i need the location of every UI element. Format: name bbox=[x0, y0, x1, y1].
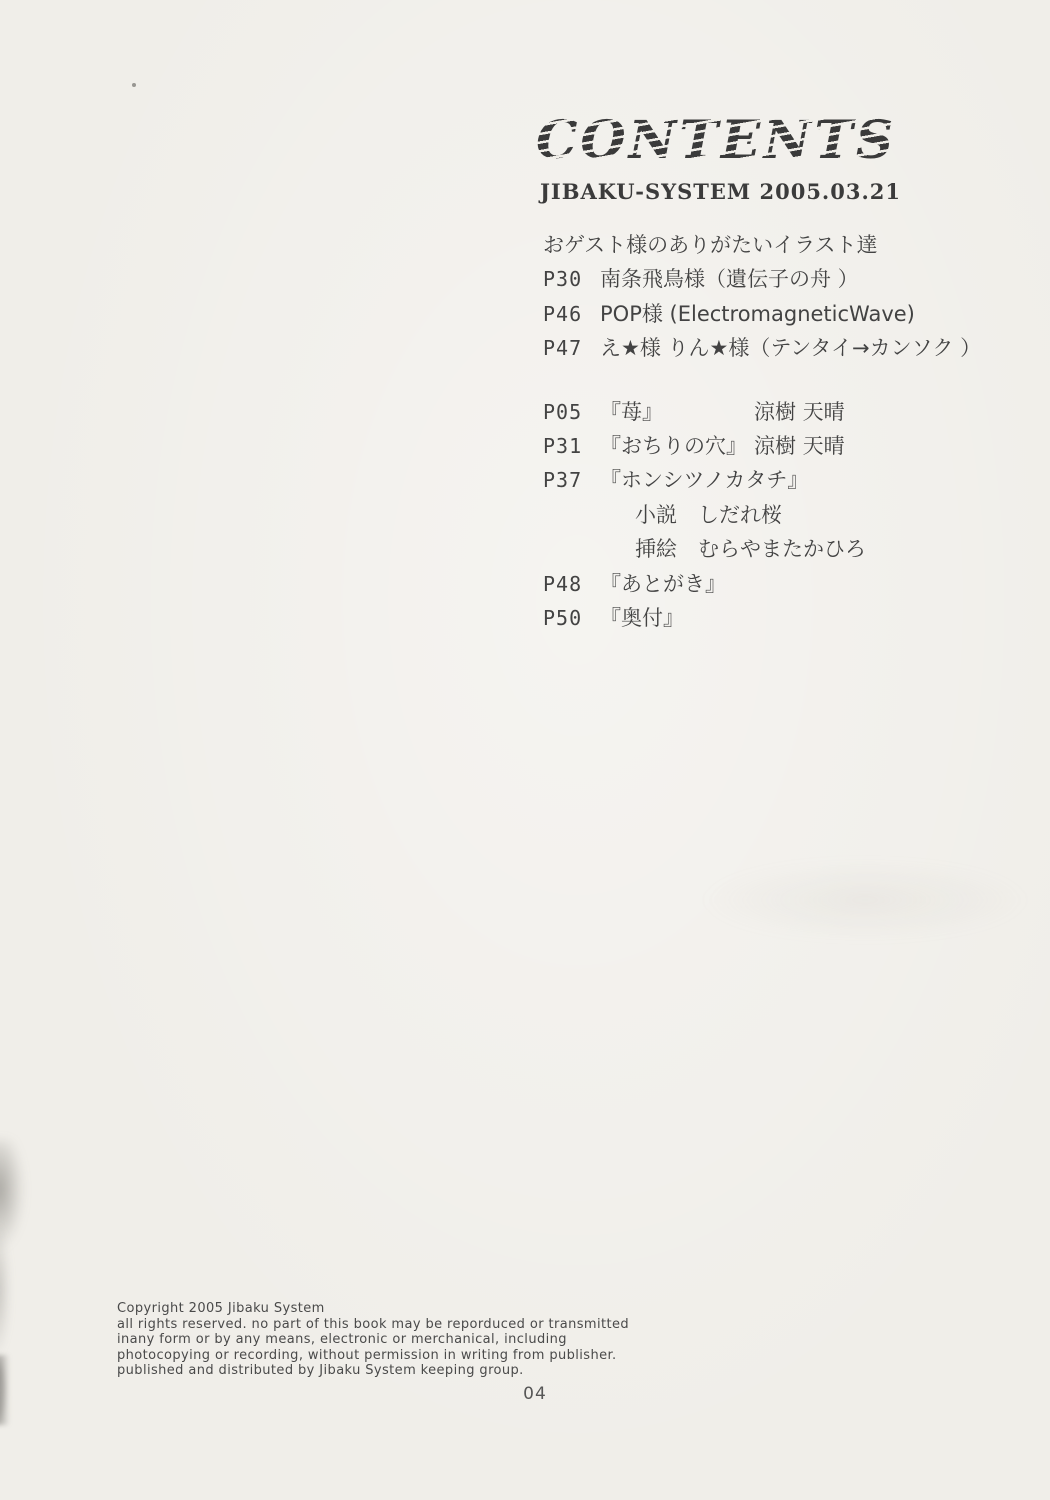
copyright-line: inany form or by any means, electronic o… bbox=[117, 1332, 629, 1348]
copyright-line: photocopying or recording, without permi… bbox=[117, 1348, 629, 1364]
credit-line: 挿絵 むらやまたかひろ bbox=[635, 532, 866, 566]
guest-credit: POP様 (ElectromagneticWave) bbox=[600, 297, 915, 331]
work-author: 涼樹 天晴 bbox=[750, 429, 845, 463]
page-title: CONTENTS bbox=[536, 110, 896, 172]
work-title: 『あとがき』 bbox=[600, 567, 750, 601]
scanned-page: CONTENTS JIBAKU-SYSTEM 2005.03.21 おゲスト様の… bbox=[0, 0, 1050, 1500]
toc-sub-row: 挿絵 むらやまたかひろ bbox=[543, 532, 983, 566]
guest-credit: え★様 りん★様（テンタイ→カンソク ） bbox=[600, 331, 981, 365]
bleed-through-ghost bbox=[700, 860, 1030, 940]
page-ref: P46 bbox=[543, 297, 600, 331]
scan-smudge bbox=[0, 1225, 10, 1355]
page-ref: P48 bbox=[543, 567, 600, 601]
page-ref: P50 bbox=[543, 601, 600, 635]
page-ref: P47 bbox=[543, 331, 600, 365]
scan-smudge bbox=[0, 1355, 10, 1425]
page-ref: P30 bbox=[543, 262, 600, 296]
circle-name-date: JIBAKU-SYSTEM 2005.03.21 bbox=[540, 179, 901, 205]
work-title: 『ホンシツノカタチ』 bbox=[600, 463, 808, 497]
table-of-contents: おゲスト様のありがたいイラスト達 P30 南条飛鳥様（遺伝子の舟 ） P46 P… bbox=[543, 228, 983, 635]
toc-guest-row: P30 南条飛鳥様（遺伝子の舟 ） bbox=[543, 262, 983, 296]
work-title: 『苺』 bbox=[600, 395, 750, 429]
work-title: 『おちりの穴』 bbox=[600, 429, 750, 463]
toc-main-row: P05 『苺』 涼樹 天晴 bbox=[543, 395, 983, 429]
guest-credit: 南条飛鳥様（遺伝子の舟 ） bbox=[600, 262, 859, 296]
copyright-block: Copyright 2005 Jibaku System all rights … bbox=[117, 1301, 629, 1379]
page-number: 04 bbox=[500, 1384, 570, 1404]
toc-main-row: P31 『おちりの穴』 涼樹 天晴 bbox=[543, 429, 983, 463]
copyright-line: published and distributed by Jibaku Syst… bbox=[117, 1363, 629, 1379]
toc-main-row: P48 『あとがき』 bbox=[543, 567, 983, 601]
work-title: 『奥付』 bbox=[600, 601, 750, 635]
copyright-line: Copyright 2005 Jibaku System bbox=[117, 1301, 629, 1317]
toc-main-row: P37 『ホンシツノカタチ』 bbox=[543, 463, 983, 497]
section-gap bbox=[543, 366, 983, 395]
guest-heading-label: おゲスト様のありがたいイラスト達 bbox=[543, 228, 878, 262]
work-author: 涼樹 天晴 bbox=[750, 395, 845, 429]
credit-line: 小説 しだれ桜 bbox=[635, 498, 785, 532]
page-ref: P31 bbox=[543, 429, 600, 463]
scan-speck bbox=[132, 83, 136, 87]
guest-section-heading: おゲスト様のありがたいイラスト達 bbox=[543, 228, 983, 262]
copyright-line: all rights reserved. no part of this boo… bbox=[117, 1317, 629, 1333]
page-ref: P05 bbox=[543, 395, 600, 429]
toc-guest-row: P46 POP様 (ElectromagneticWave) bbox=[543, 297, 983, 331]
toc-guest-row: P47 え★様 りん★様（テンタイ→カンソク ） bbox=[543, 331, 983, 365]
toc-sub-row: 小説 しだれ桜 bbox=[543, 498, 983, 532]
page-ref: P37 bbox=[543, 463, 600, 497]
toc-main-row: P50 『奥付』 bbox=[543, 601, 983, 635]
